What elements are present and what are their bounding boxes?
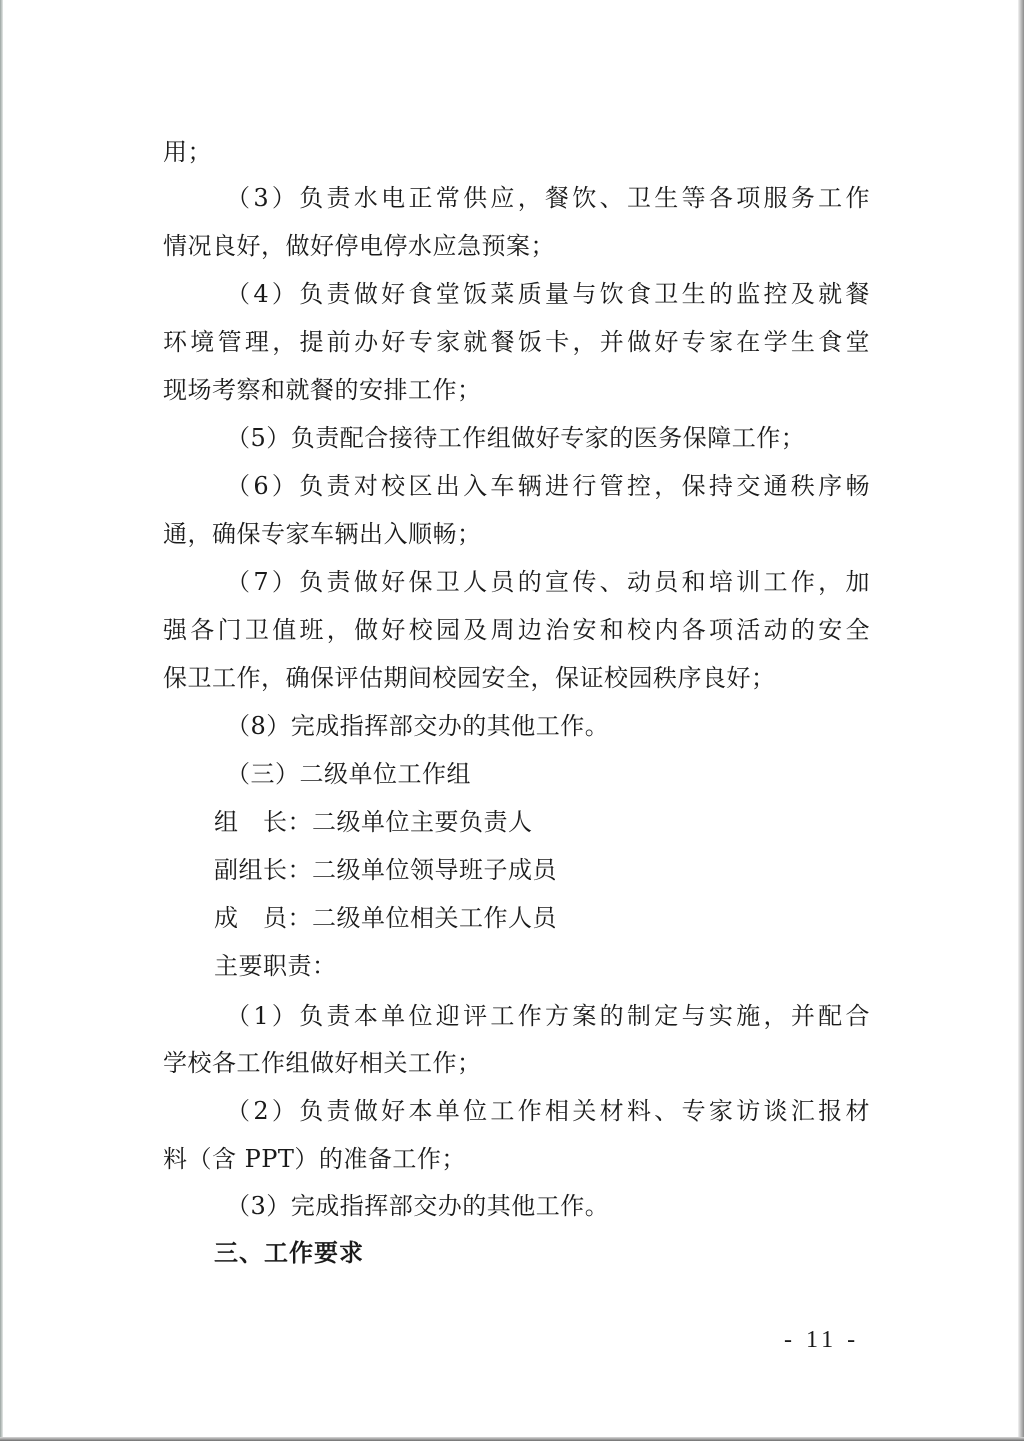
- page-number: - 11 -: [784, 1325, 859, 1355]
- list-item-1: （1）负责本单位迎评工作方案的制定与实施，并配合: [226, 1001, 870, 1031]
- text-line: 现场考察和就餐的安排工作；: [163, 375, 482, 405]
- text-line: 强各门卫值班，做好校园及周边治安和校内各项活动的安全: [163, 615, 870, 645]
- list-item-3b: （3）完成指挥部交办的其他工作。: [226, 1191, 609, 1221]
- list-item-4: （4）负责做好食堂饭菜质量与饮食卫生的监控及就餐: [226, 279, 870, 309]
- list-item-5: （5）负责配合接待工作组做好专家的医务保障工作；: [226, 423, 805, 453]
- list-item-3: （3）负责水电正常供应，餐饮、卫生等各项服务工作: [226, 183, 870, 213]
- list-item-2: （2）负责做好本单位工作相关材料、专家访谈汇报材: [226, 1096, 870, 1126]
- document-page: 用； （3）负责水电正常供应，餐饮、卫生等各项服务工作 情况良好，做好停电停水应…: [0, 0, 1024, 1441]
- section-heading: （三）二级单位工作组: [226, 759, 471, 789]
- list-item-7: （7）负责做好保卫人员的宣传、动员和培训工作，加: [226, 567, 870, 597]
- text-line: 情况良好，做好停电停水应急预案；: [163, 231, 555, 261]
- list-item-6: （6）负责对校区出入车辆进行管控，保持交通秩序畅: [226, 471, 870, 501]
- group-members: 成 员：二级单位相关工作人员: [214, 903, 557, 933]
- text-line: 环境管理，提前办好专家就餐饭卡，并做好专家在学生食堂: [163, 327, 870, 357]
- list-item-8: （8）完成指挥部交办的其他工作。: [226, 711, 609, 741]
- text-line: 保卫工作，确保评估期间校园安全，保证校园秩序良好；: [163, 663, 776, 693]
- text-line: 学校各工作组做好相关工作；: [163, 1048, 482, 1078]
- deputy-group-leader: 副组长：二级单位领导班子成员: [214, 855, 557, 885]
- text-line: 料（含 PPT）的准备工作；: [163, 1144, 466, 1174]
- group-leader: 组 长：二级单位主要负责人: [214, 807, 533, 837]
- main-duties-label: 主要职责：: [214, 951, 337, 981]
- text-line: 通，确保专家车辆出入顺畅；: [163, 519, 482, 549]
- chapter-heading: 三、工作要求: [214, 1238, 364, 1268]
- text-line: 用；: [163, 137, 212, 167]
